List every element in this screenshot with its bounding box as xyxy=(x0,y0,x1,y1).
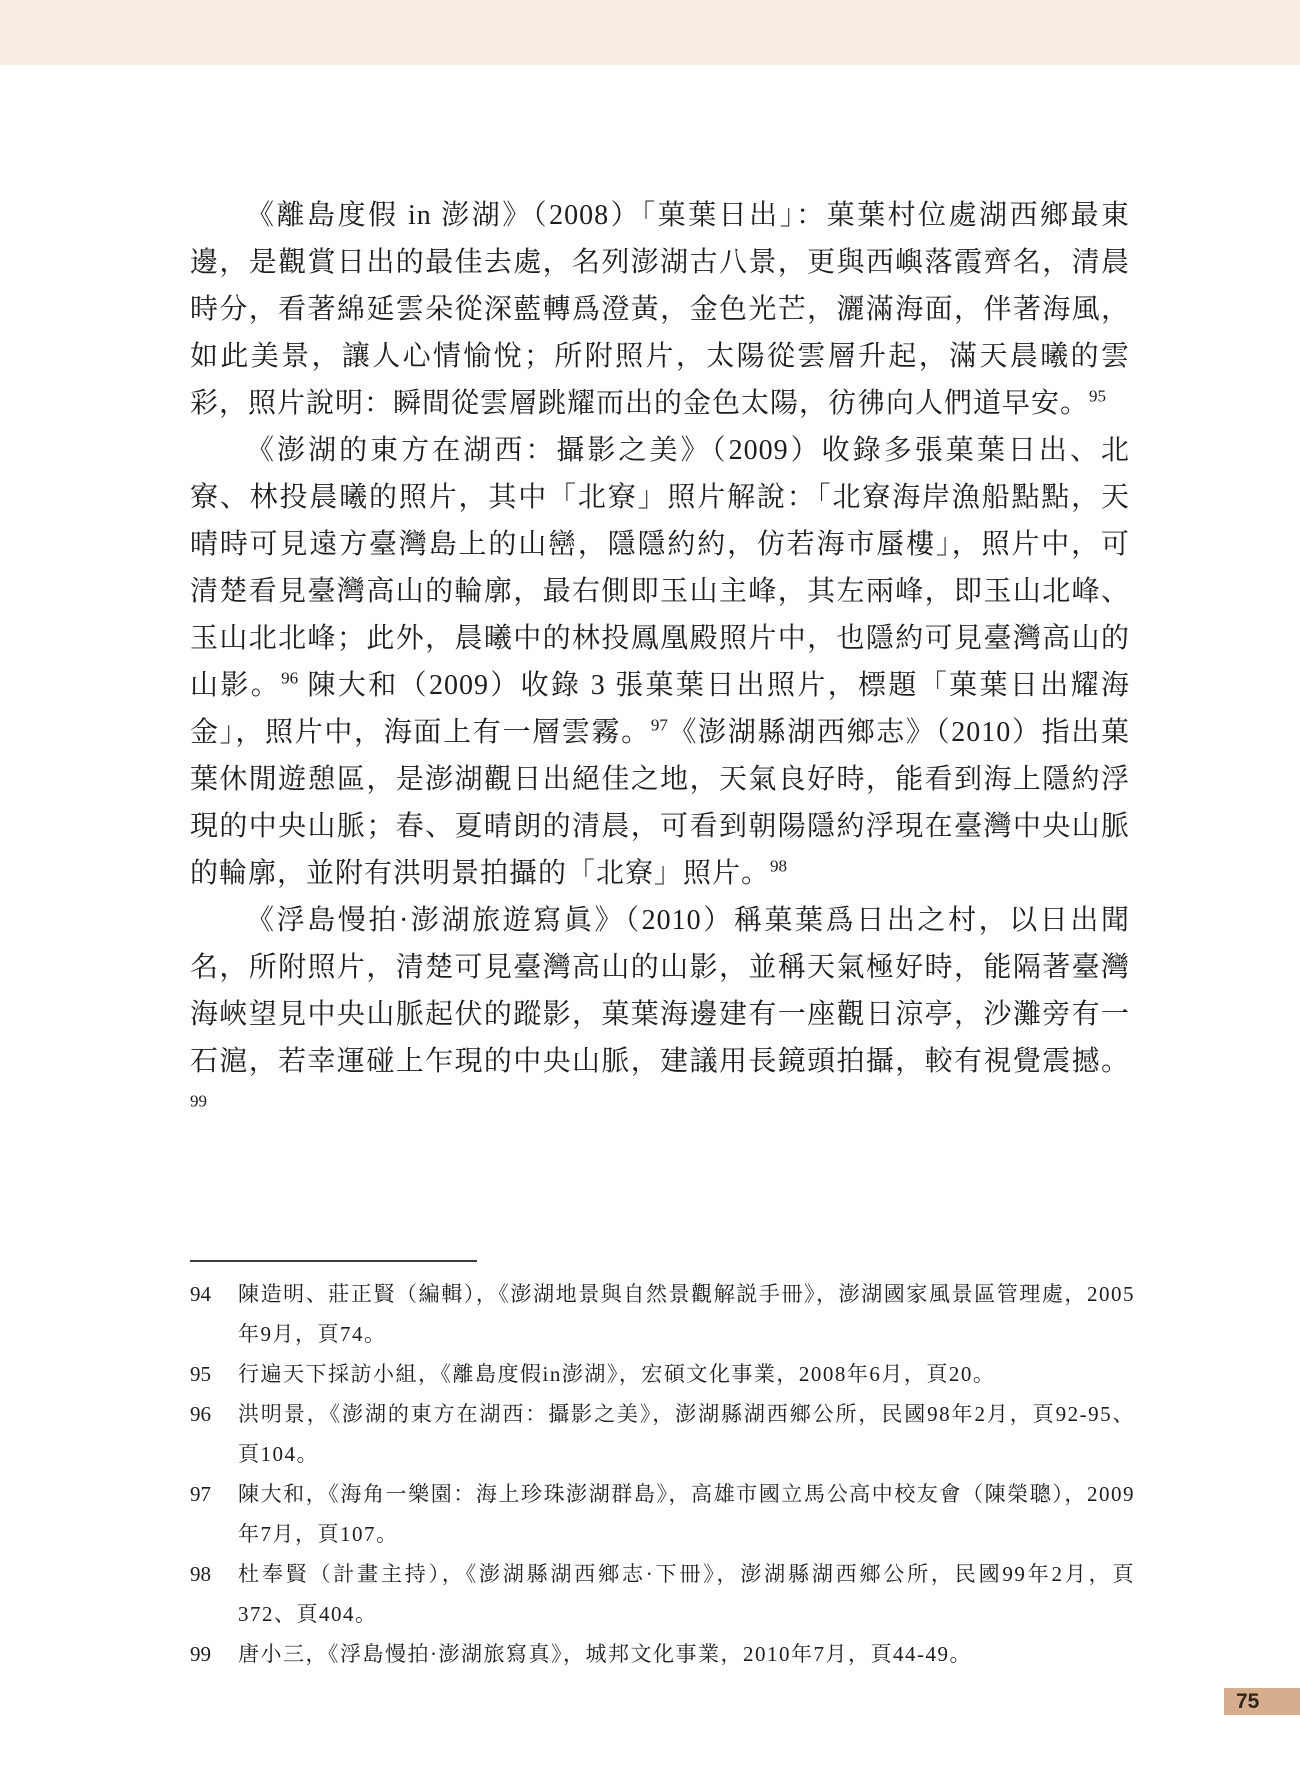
paragraph: 《離島度假 in 澎湖》（2008）「菓葉日出」：菓葉村位處湖西鄉最東邊，是觀賞… xyxy=(190,192,1130,427)
footnote-text: 唐小三，《浮島慢拍·澎湖旅寫真》，城邦文化事業，2010年7月，頁44-49。 xyxy=(238,1642,972,1666)
footnote-text: 洪明景，《澎湖的東方在湖西：攝影之美》，澎湖縣湖西鄉公所，民國98年2月，頁92… xyxy=(238,1402,1135,1466)
footnote-item: 94陳造明、莊正賢（編輯），《澎湖地景與自然景觀解説手冊》，澎湖國家風景區管理處… xyxy=(190,1274,1135,1354)
paragraph: 《澎湖的東方在湖西：攝影之美》（2009）收錄多張菓葉日出、北寮、林投晨曦的照片… xyxy=(190,427,1130,897)
footnote-list: 94陳造明、莊正賢（編輯），《澎湖地景與自然景觀解説手冊》，澎湖國家風景區管理處… xyxy=(190,1274,1135,1674)
page-number-badge: 75 xyxy=(1224,1688,1300,1715)
footnote-ref: 99 xyxy=(190,1092,207,1111)
body-text: 《離島度假 in 澎湖》（2008）「菓葉日出」：菓葉村位處湖西鄉最東邊，是觀賞… xyxy=(190,192,1130,1132)
footnote-number: 98 xyxy=(190,1554,211,1594)
footnote-text: 陳造明、莊正賢（編輯），《澎湖地景與自然景觀解説手冊》，澎湖國家風景區管理處，2… xyxy=(238,1282,1135,1346)
footnote-number: 95 xyxy=(190,1354,211,1394)
footnote-ref: 96 xyxy=(281,669,298,688)
footnote-divider xyxy=(190,1260,477,1262)
footnote-number: 96 xyxy=(190,1394,211,1434)
footnote-ref: 97 xyxy=(651,716,668,735)
footnote-item: 95行遍天下採訪小組，《離島度假in澎湖》，宏碩文化事業，2008年6月，頁20… xyxy=(190,1354,1135,1394)
footnote-text: 陳大和，《海角一樂園：海上珍珠澎湖群島》，高雄市國立馬公高中校友會（陳榮聰），2… xyxy=(238,1482,1135,1546)
footnote-item: 98杜奉賢（計畫主持），《澎湖縣湖西鄉志·下冊》，澎湖縣湖西鄉公所，民國99年2… xyxy=(190,1554,1135,1634)
document-page: 《離島度假 in 澎湖》（2008）「菓葉日出」：菓葉村位處湖西鄉最東邊，是觀賞… xyxy=(0,0,1300,1778)
paragraph: 《浮島慢拍·澎湖旅遊寫眞》（2010）稱菓葉爲日出之村，以日出聞名，所附照片，清… xyxy=(190,897,1130,1132)
footnote-number: 97 xyxy=(190,1474,211,1514)
footnote-item: 97陳大和，《海角一樂園：海上珍珠澎湖群島》，高雄市國立馬公高中校友會（陳榮聰）… xyxy=(190,1474,1135,1554)
page-number: 75 xyxy=(1236,1690,1259,1714)
footnote-ref: 95 xyxy=(1089,387,1106,406)
footnote-text: 杜奉賢（計畫主持），《澎湖縣湖西鄉志·下冊》，澎湖縣湖西鄉公所，民國99年2月，… xyxy=(238,1562,1135,1626)
footnote-number: 94 xyxy=(190,1274,211,1314)
footnote-item: 96洪明景，《澎湖的東方在湖西：攝影之美》，澎湖縣湖西鄉公所，民國98年2月，頁… xyxy=(190,1394,1135,1474)
footnote-number: 99 xyxy=(190,1634,211,1674)
top-margin-band xyxy=(0,0,1300,65)
footnote-ref: 98 xyxy=(770,857,787,876)
footnotes-section: 94陳造明、莊正賢（編輯），《澎湖地景與自然景觀解説手冊》，澎湖國家風景區管理處… xyxy=(190,1260,1135,1674)
footnote-text: 行遍天下採訪小組，《離島度假in澎湖》，宏碩文化事業，2008年6月，頁20。 xyxy=(238,1362,995,1386)
footnote-item: 99唐小三，《浮島慢拍·澎湖旅寫真》，城邦文化事業，2010年7月，頁44-49… xyxy=(190,1634,1135,1674)
